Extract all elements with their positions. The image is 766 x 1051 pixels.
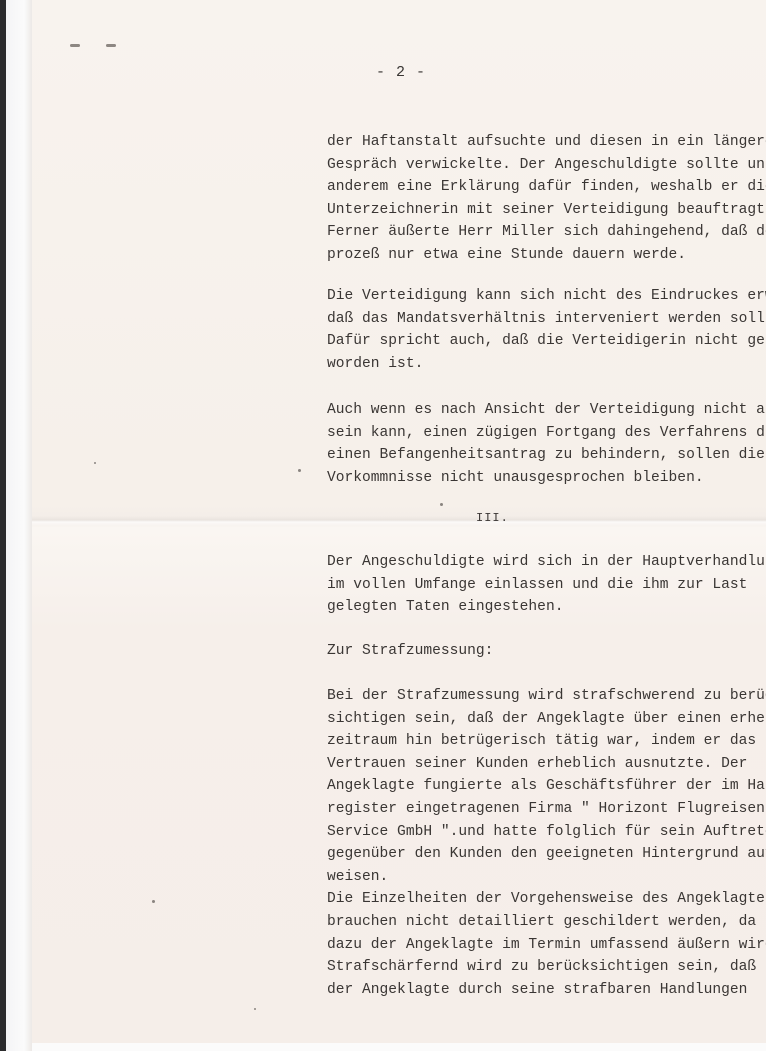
text-line: Die Einzelheiten der Vorgehensweise des … (327, 888, 766, 911)
text-line: gegenüber den Kunden den geeigneten Hint… (327, 843, 766, 866)
text-line: Service GmbH ".und hatte folglich für se… (327, 821, 766, 844)
text-line: Die Verteidigung kann sich nicht des Ein… (327, 285, 766, 308)
speck-mark (440, 503, 443, 506)
speck-mark (254, 1008, 256, 1010)
text-line: Angeklagte fungierte als Geschäftsführer… (327, 775, 766, 798)
speck-mark (94, 462, 96, 464)
scan-margin (6, 0, 32, 1051)
text-line: dazu der Angeklagte im Termin umfassend … (327, 934, 766, 957)
text-line: der Haftanstalt aufsuchte und diesen in … (327, 131, 766, 154)
text-line: gelegten Taten eingestehen. (327, 596, 766, 619)
speck-mark (152, 900, 155, 903)
text-line: der Angeklagte durch seine strafbaren Ha… (327, 979, 766, 1002)
text-line: im vollen Umfange einlassen und die ihm … (327, 574, 766, 597)
text-line: einen Befangenheitsantrag zu behindern, … (327, 444, 766, 467)
text-line: Gespräch verwickelte. Der Angeschuldigte… (327, 154, 766, 177)
text-line: Ferner äußerte Herr Miller sich dahingeh… (327, 221, 766, 244)
paragraph-1: der Haftanstalt aufsuchte und diesen in … (327, 131, 766, 267)
text-line: Unterzeichnerin mit seiner Verteidigung … (327, 199, 766, 222)
paragraph-2: Die Verteidigung kann sich nicht des Ein… (327, 285, 766, 375)
section-subheading: Zur Strafzumessung: (327, 640, 766, 663)
section-paragraph-1: Der Angeschuldigte wird sich in der Haup… (327, 551, 766, 619)
speck-mark (298, 469, 301, 472)
text-line: weisen. (327, 866, 766, 889)
paper-fold (32, 516, 766, 526)
text-line: Vorkommnisse nicht unausgesprochen bleib… (327, 467, 766, 490)
scan-bottom-edge (32, 1043, 766, 1051)
staple-mark (70, 44, 116, 50)
text-line: zeitraum hin betrügerisch tätig war, ind… (327, 730, 766, 753)
text-line: Auch wenn es nach Ansicht der Verteidigu… (327, 399, 766, 422)
text-line: sein kann, einen zügigen Fortgang des Ve… (327, 422, 766, 445)
text-line: sichtigen sein, daß der Angeklagte über … (327, 708, 766, 731)
text-line: Dafür spricht auch, daß die Verteidigeri… (327, 330, 766, 353)
text-line: anderem eine Erklärung dafür finden, wes… (327, 176, 766, 199)
text-line: worden ist. (327, 353, 766, 376)
section-heading: III. (476, 511, 509, 525)
page-number: - 2 - (376, 64, 426, 81)
text-line: Vertrauen seiner Kunden erheblich ausnut… (327, 753, 766, 776)
paragraph-3: Auch wenn es nach Ansicht der Verteidigu… (327, 399, 766, 489)
section-paragraph-2: Bei der Strafzumessung wird strafschwere… (327, 685, 766, 1001)
text-line: Der Angeschuldigte wird sich in der Haup… (327, 551, 766, 574)
text-line: Bei der Strafzumessung wird strafschwere… (327, 685, 766, 708)
subheading-text: Zur Strafzumessung: (327, 640, 766, 663)
text-line: prozeß nur etwa eine Stunde dauern werde… (327, 244, 766, 267)
text-line: Strafschärfernd wird zu berücksichtigen … (327, 956, 766, 979)
text-line: register eingetragenen Firma " Horizont … (327, 798, 766, 821)
text-line: daß das Mandatsverhältnis interveniert w… (327, 308, 766, 331)
text-line: brauchen nicht detailliert geschildert w… (327, 911, 766, 934)
